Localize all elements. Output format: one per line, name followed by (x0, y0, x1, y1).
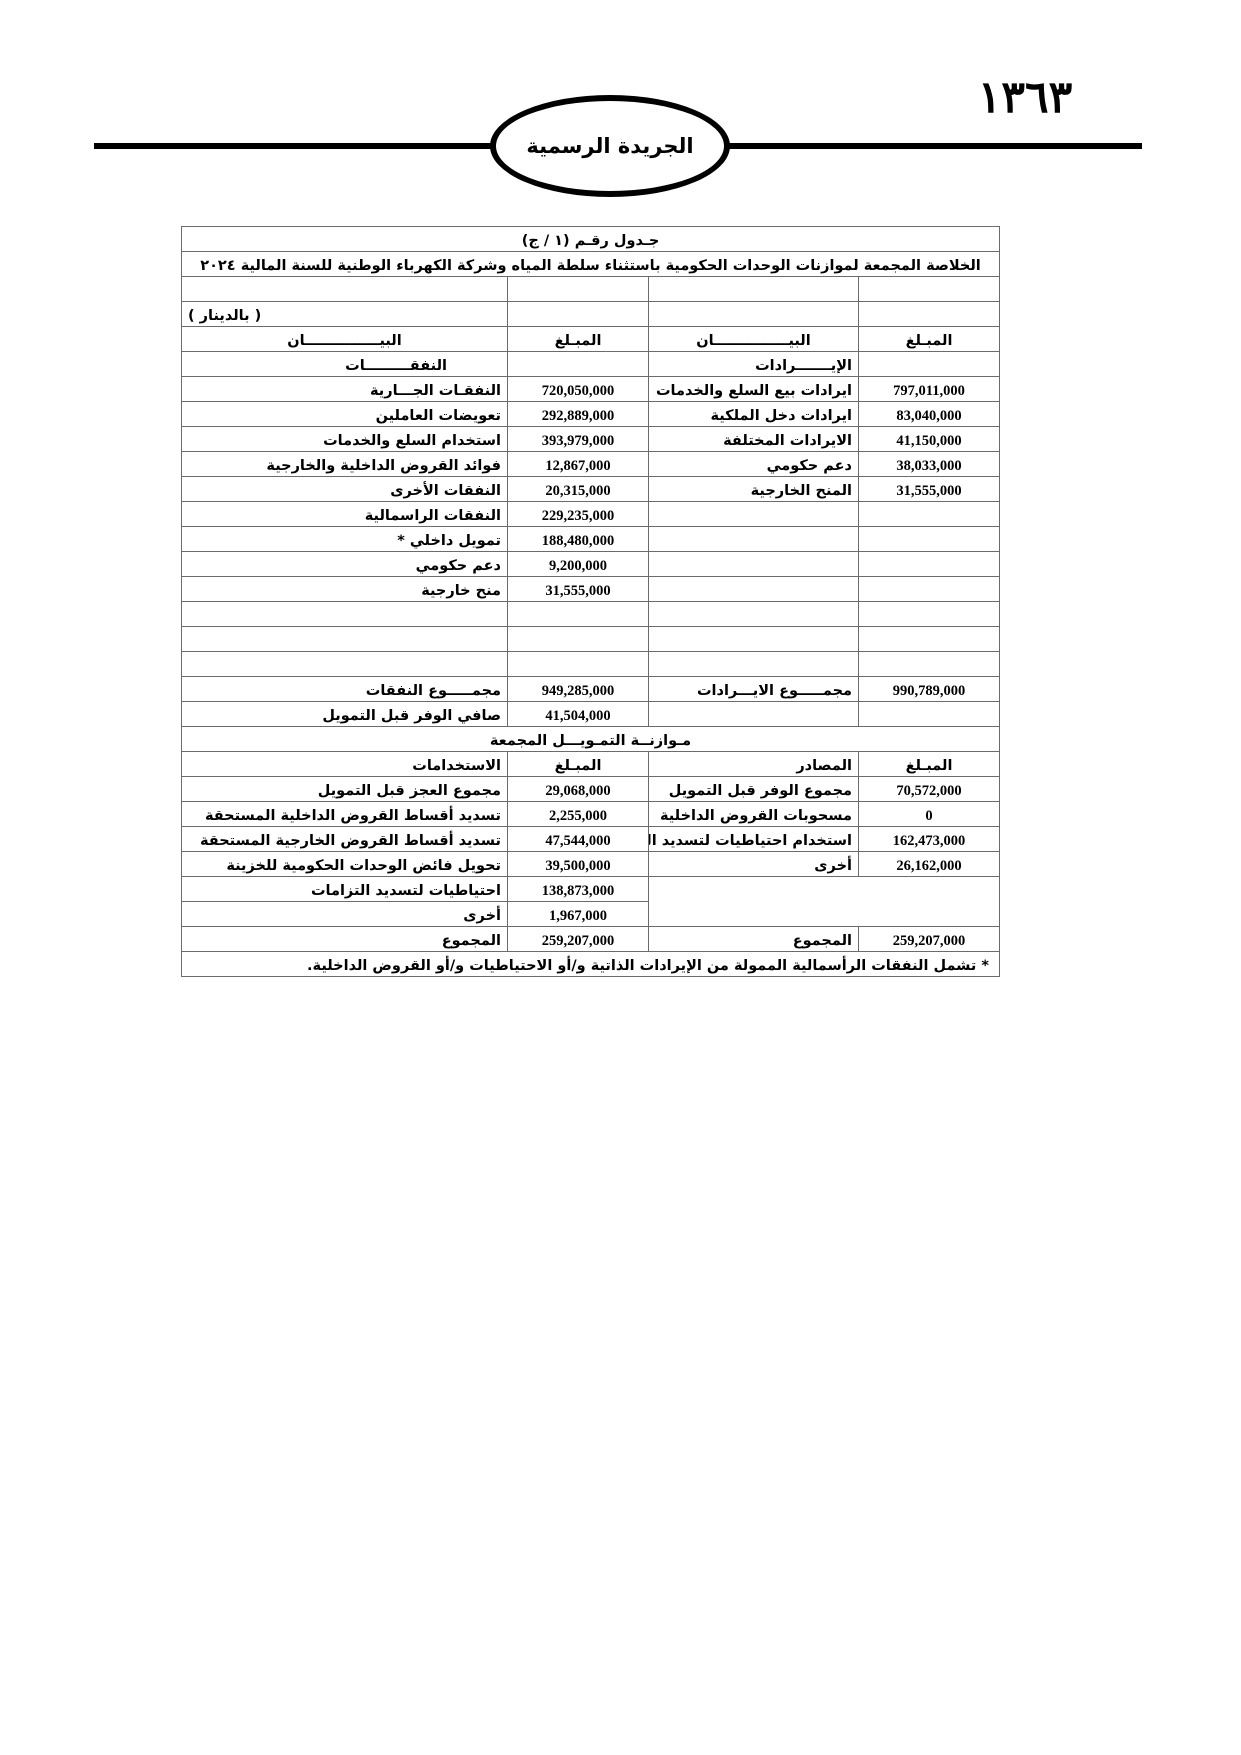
use-amount: 2,255,000 (508, 802, 649, 827)
empty-row (182, 602, 1000, 627)
header-rule-right (726, 143, 1142, 149)
source-amount: 0 (859, 802, 1000, 827)
financing-row: 70,572,000 مجموع الوفر قبل التمويل 29,06… (182, 777, 1000, 802)
use-desc: احتياطيات لتسديد التزامات (182, 877, 508, 902)
total-expense-label: مجمـــــوع النفقات (182, 677, 508, 702)
merged-empty-cell (649, 877, 1000, 927)
expense-amount: 31,555,000 (508, 577, 649, 602)
source-total-label: المجموع (649, 927, 859, 952)
financing-row: 0 مسحوبات القروض الداخلية 2,255,000 تسدي… (182, 802, 1000, 827)
use-amount: 29,068,000 (508, 777, 649, 802)
expense-amount: 20,315,000 (508, 477, 649, 502)
table-subtitle-row: الخلاصة المجمعة لموازنات الوحدات الحكومي… (182, 252, 1000, 277)
expense-amount: 12,867,000 (508, 452, 649, 477)
table-row: 9,200,000 دعم حكومي (182, 552, 1000, 577)
use-desc: تحويل فائض الوحدات الحكومية للخزينة (182, 852, 508, 877)
expense-desc: منح خارجية (182, 577, 508, 602)
use-total-label: المجموع (182, 927, 508, 952)
totals-row: 990,789,000 مجمـــــوع الايـــرادات 949,… (182, 677, 1000, 702)
page-number: ١٣٦٣ (960, 72, 1090, 124)
use-desc: مجموع العجز قبل التمويل (182, 777, 508, 802)
table-row: 31,555,000 المنح الخارجية 20,315,000 الن… (182, 477, 1000, 502)
total-revenue-amount: 990,789,000 (859, 677, 1000, 702)
revenue-amount: 83,040,000 (859, 402, 1000, 427)
use-amount: 47,544,000 (508, 827, 649, 852)
source-amount: 26,162,000 (859, 852, 1000, 877)
expense-amount: 188,480,000 (508, 527, 649, 552)
revenue-amount: 31,555,000 (859, 477, 1000, 502)
revenue-desc: الايرادات المختلفة (649, 427, 859, 452)
revenue-desc: ايرادات بيع السلع والخدمات (649, 377, 859, 402)
table-row: 41,150,000 الايرادات المختلفة 393,979,00… (182, 427, 1000, 452)
section-revenue: الإيـــــــرادات (649, 352, 859, 377)
use-total-amount: 259,207,000 (508, 927, 649, 952)
expense-desc: النفقات الراسمالية (182, 502, 508, 527)
col-expense-desc: البيـــــــــــــــان (182, 327, 508, 352)
col-revenue-amount: المبـلغ (859, 327, 1000, 352)
financing-title: مـوازنــة التمـويـــل المجمعة (182, 727, 1000, 752)
column-header-row: المبـلغ البيـــــــــــــــان المبـلغ ال… (182, 327, 1000, 352)
currency-note: ( بالدينار ) (182, 302, 508, 327)
use-desc: أخرى (182, 902, 508, 927)
expense-desc: دعم حكومي (182, 552, 508, 577)
use-amount: 1,967,000 (508, 902, 649, 927)
source-desc: استخدام احتياطيات لتسديد التزامات (649, 827, 859, 852)
col-revenue-desc: البيـــــــــــــــان (649, 327, 859, 352)
revenue-amount: 797,011,000 (859, 377, 1000, 402)
expense-desc: تمويل داخلي * (182, 527, 508, 552)
col-expense-amount: المبـلغ (508, 327, 649, 352)
table-subtitle: الخلاصة المجمعة لموازنات الوحدات الحكومي… (182, 252, 1000, 277)
expense-amount: 229,235,000 (508, 502, 649, 527)
use-desc: تسديد أقساط القروض الداخلية المستحقة (182, 802, 508, 827)
revenue-desc (649, 577, 859, 602)
source-amount: 70,572,000 (859, 777, 1000, 802)
table-row: 797,011,000 ايرادات بيع السلع والخدمات 7… (182, 377, 1000, 402)
source-desc: مسحوبات القروض الداخلية (649, 802, 859, 827)
empty-row (182, 627, 1000, 652)
table-title-row: جـدول رقـم (١ / ج) (182, 227, 1000, 252)
expense-desc: استخدام السلع والخدمات (182, 427, 508, 452)
table-row: 83,040,000 ايرادات دخل الملكية 292,889,0… (182, 402, 1000, 427)
gazette-title: الجريدة الرسمية (526, 134, 693, 158)
use-desc: تسديد أقساط القروض الخارجية المستحقة (182, 827, 508, 852)
expense-desc: فوائد القروض الداخلية والخارجية (182, 452, 508, 477)
col-use-desc: الاستخدامات (182, 752, 508, 777)
revenue-amount (859, 577, 1000, 602)
total-expense-amount: 949,285,000 (508, 677, 649, 702)
expense-desc: النفقات الأخرى (182, 477, 508, 502)
currency-row: ( بالدينار ) (182, 302, 1000, 327)
expense-amount: 393,979,000 (508, 427, 649, 452)
financing-header-row: المبـلغ المصادر المبـلغ الاستخدامات (182, 752, 1000, 777)
footnote: * تشمل النفقات الرأسمالية الممولة من الإ… (182, 952, 1000, 977)
revenue-amount: 41,150,000 (859, 427, 1000, 452)
expense-desc: النفقـات الجـــارية (182, 377, 508, 402)
revenue-amount (859, 552, 1000, 577)
table-title: جـدول رقـم (١ / ج) (182, 227, 1000, 252)
section-expense: النفقـــــــــات (182, 352, 508, 377)
section-heading-row: الإيـــــــرادات النفقـــــــــات (182, 352, 1000, 377)
source-desc: مجموع الوفر قبل التمويل (649, 777, 859, 802)
use-amount: 39,500,000 (508, 852, 649, 877)
net-surplus-amount: 41,504,000 (508, 702, 649, 727)
revenue-desc (649, 502, 859, 527)
revenue-desc: المنح الخارجية (649, 477, 859, 502)
expense-amount: 292,889,000 (508, 402, 649, 427)
financing-row: 162,473,000 استخدام احتياطيات لتسديد الت… (182, 827, 1000, 852)
footnote-row: * تشمل النفقات الرأسمالية الممولة من الإ… (182, 952, 1000, 977)
table-row: 38,033,000 دعم حكومي 12,867,000 فوائد ال… (182, 452, 1000, 477)
source-amount: 162,473,000 (859, 827, 1000, 852)
header-rule-left (94, 143, 494, 149)
expense-desc: تعويضات العاملين (182, 402, 508, 427)
net-surplus-row: 41,504,000 صافي الوفر قبل التمويل (182, 702, 1000, 727)
financing-row: 26,162,000 أخرى 39,500,000 تحويل فائض ال… (182, 852, 1000, 877)
table-row: 229,235,000 النفقات الراسمالية (182, 502, 1000, 527)
table-row: 31,555,000 منح خارجية (182, 577, 1000, 602)
revenue-desc: ايرادات دخل الملكية (649, 402, 859, 427)
financing-row: 138,873,000 احتياطيات لتسديد التزامات (182, 877, 1000, 902)
gazette-emblem: الجريدة الرسمية (490, 95, 730, 197)
source-total-amount: 259,207,000 (859, 927, 1000, 952)
revenue-desc (649, 552, 859, 577)
empty-row (182, 652, 1000, 677)
table-row: 188,480,000 تمويل داخلي * (182, 527, 1000, 552)
revenue-amount (859, 502, 1000, 527)
col-source-desc: المصادر (649, 752, 859, 777)
net-surplus-label: صافي الوفر قبل التمويل (182, 702, 508, 727)
revenue-desc (649, 527, 859, 552)
expense-amount: 9,200,000 (508, 552, 649, 577)
budget-summary-table: جـدول رقـم (١ / ج) الخلاصة المجمعة لمواز… (181, 226, 1000, 977)
use-amount: 138,873,000 (508, 877, 649, 902)
financing-title-row: مـوازنــة التمـويـــل المجمعة (182, 727, 1000, 752)
source-desc: أخرى (649, 852, 859, 877)
revenue-amount: 38,033,000 (859, 452, 1000, 477)
empty-row (182, 277, 1000, 302)
col-source-amount: المبـلغ (859, 752, 1000, 777)
financing-total-row: 259,207,000 المجموع 259,207,000 المجموع (182, 927, 1000, 952)
revenue-amount (859, 527, 1000, 552)
total-revenue-label: مجمـــــوع الايـــرادات (649, 677, 859, 702)
col-use-amount: المبـلغ (508, 752, 649, 777)
expense-amount: 720,050,000 (508, 377, 649, 402)
revenue-desc: دعم حكومي (649, 452, 859, 477)
